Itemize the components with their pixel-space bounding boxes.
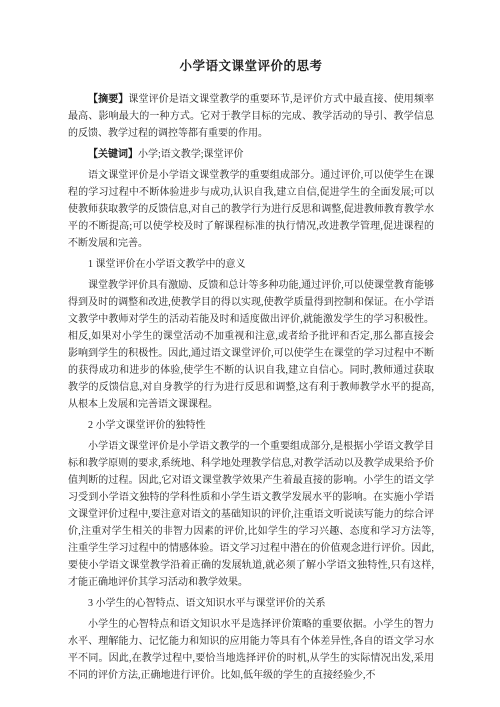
document-title: 小学语文课堂评价的思考: [68, 57, 434, 75]
section-2-heading: 2 小学文课堂评价的独特性: [68, 417, 434, 434]
abstract-paragraph: 【摘要】课堂评价是语文课堂教学的重要环节,是评价方式中最直接、使用频率最高、影响…: [68, 91, 434, 142]
section-3-body: 小学生的心智特点和语文知识水平是选择评价策略的重要依据。小学生的智力水平、理解能…: [68, 616, 434, 684]
section-3-heading: 3 小学生的心智特点、语文知识水平与课堂评价的关系: [68, 595, 434, 612]
section-1-body: 课堂教学评价具有激励、反馈和总计等多种功能,通过评价,可以使课堂教育能够得到及时…: [68, 277, 434, 413]
abstract-label: 【摘要】: [88, 94, 128, 105]
keywords-paragraph: 【关键词】小学;语文教学;课堂评价: [68, 146, 434, 163]
section-1-heading: 1 课堂评价在小学语文教学中的意义: [68, 256, 434, 273]
section-2-body: 小学语文课堂评价是小学语文教学的一个重要组成部分,是根据小学语文教学目标和教学原…: [68, 438, 434, 591]
document-page: 小学语文课堂评价的思考 【摘要】课堂评价是语文课堂教学的重要环节,是评价方式中最…: [0, 0, 500, 707]
keywords-text: 小学;语文教学;课堂评价: [138, 149, 244, 160]
intro-paragraph: 语文课堂评价是小学语文课堂教学的重要组成部分。通过评价,可以使学生在课程的学习过…: [68, 167, 434, 252]
keywords-label: 【关键词】: [88, 149, 138, 160]
